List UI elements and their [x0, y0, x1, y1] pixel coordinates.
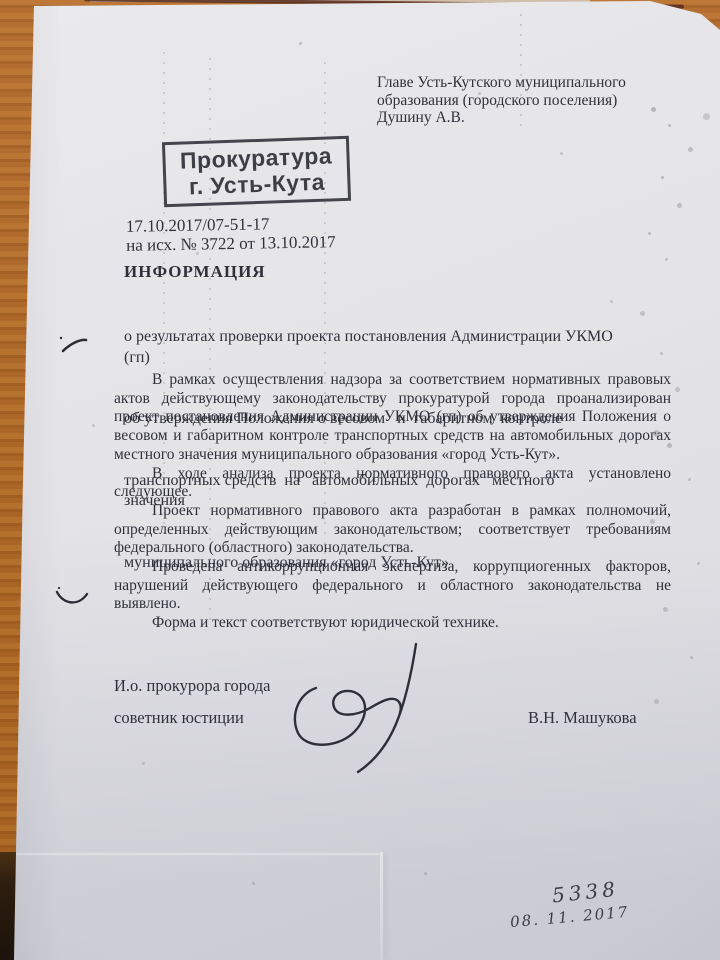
body-paragraph: В рамках осуществления надзора за соотве…: [114, 371, 671, 465]
recipient-line: Душину А.В.: [377, 109, 677, 127]
prosecutor-office-stamp: Прокуратура г. Усть-Кута: [162, 136, 351, 207]
handwritten-signature: [288, 636, 438, 776]
photo-scene: Главе Усть-Кутского муниципального образ…: [0, 0, 720, 960]
stamp-line-2: г. Усть-Кута: [166, 168, 348, 200]
handwritten-registration-date: 08. 11. 2017: [509, 903, 630, 931]
document-title: ИНФОРМАЦИЯ: [124, 262, 266, 282]
signer-name: В.Н. Машукова: [528, 708, 637, 728]
recipient-block: Главе Усть-Кутского муниципального образ…: [377, 74, 677, 127]
document-body: В рамках осуществления надзора за соотве…: [114, 371, 671, 633]
signer-position-line: И.о. прокурора города: [114, 676, 270, 696]
handwritten-registration-number: 5338: [551, 877, 620, 908]
body-paragraph: В ходе анализа проекта нормативного прав…: [114, 465, 671, 502]
margin-pen-mark: [54, 585, 90, 611]
paper-crease: [14, 853, 380, 855]
subtitle-line: о результатах проверки проекта постановл…: [124, 327, 614, 368]
incoming-reference-line: на исх. № 3722 от 13.10.2017: [126, 232, 336, 255]
paper-crease: [380, 852, 383, 960]
body-paragraph: Проект нормативного правового акта разра…: [114, 502, 671, 558]
body-paragraph: Проведена антикоррупционная экспертиза, …: [114, 558, 671, 614]
recipient-line: образования (городского поселения): [377, 92, 677, 110]
margin-pen-mark: [58, 332, 90, 358]
body-paragraph: Форма и текст соответствуют юридической …: [114, 614, 671, 633]
recipient-line: Главе Усть-Кутского муниципального: [377, 74, 677, 92]
signer-position-line: советник юстиции: [114, 708, 244, 728]
document-page: Главе Усть-Кутского муниципального образ…: [0, 0, 720, 960]
reference-block: 17.10.2017/07-51-17 на исх. № 3722 от 13…: [126, 213, 336, 255]
